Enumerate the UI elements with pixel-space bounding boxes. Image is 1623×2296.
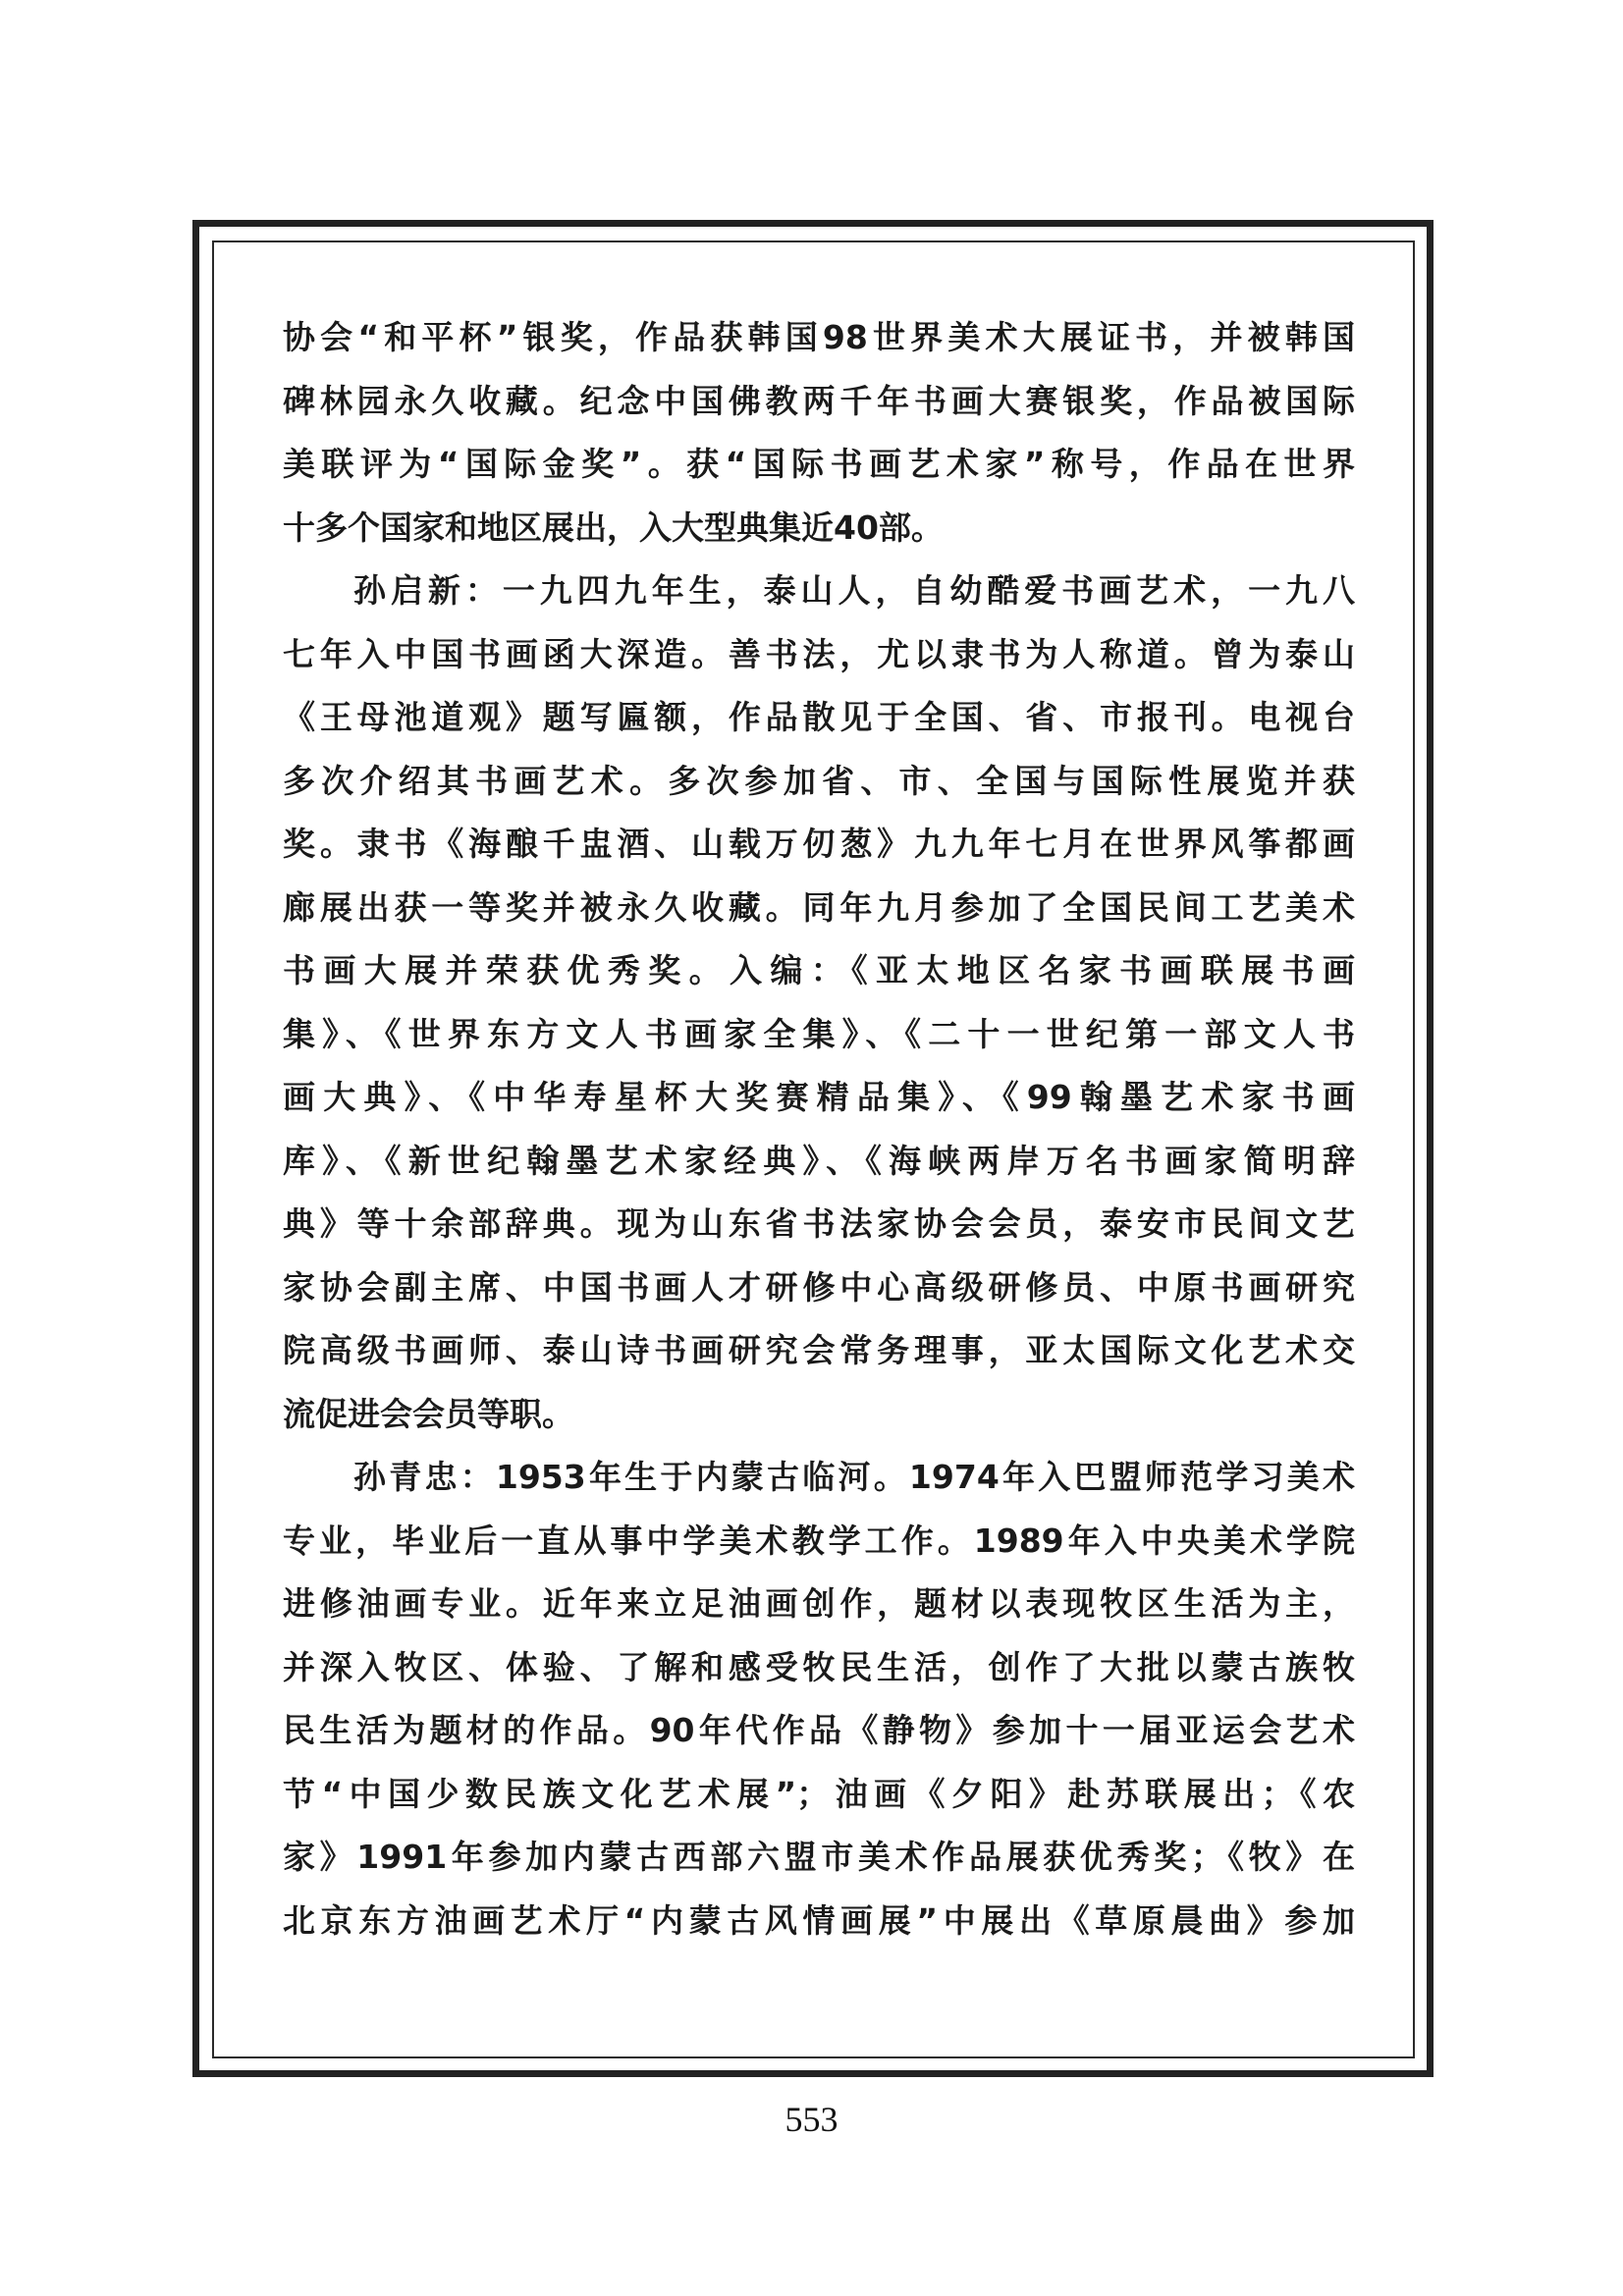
paragraph-sun-qixin: 孙启新：一九四九年生，泰山人，自幼酷爱书画艺术，一九八 七年入中国书画函大深造。…	[283, 560, 1355, 1446]
text-line: 协会“和平杯”银奖，作品获韩国98世界美术大展证书，并被韩国	[283, 306, 1355, 370]
text-line: 家》1991年参加内蒙古西部六盟市美术作品展获优秀奖；《牧》在	[283, 1826, 1355, 1890]
text-line: 并深入牧区、体验、了解和感受牧民生活，创作了大批以蒙古族牧	[283, 1636, 1355, 1700]
text-line: 七年入中国书画函大深造。善书法，尤以隶书为人称道。曾为泰山	[283, 623, 1355, 687]
text-line: 民生活为题材的作品。90年代作品《静物》参加十一届亚运会艺术	[283, 1699, 1355, 1763]
text-line: 专业，毕业后一直从事中学美术教学工作。1989年入中央美术学院	[283, 1510, 1355, 1574]
text-line: 书画大展并荣获优秀奖。入编：《亚太地区名家书画联展书画	[283, 939, 1355, 1003]
text-line: 流促进会会员等职。	[283, 1383, 1355, 1447]
text-line: 节“中国少数民族文化艺术展”；油画《夕阳》赴苏联展出；《农	[283, 1763, 1355, 1827]
text-line: 集》、《世界东方文人书画家全集》、《二十一世纪第一部文人书	[283, 1003, 1355, 1067]
paragraph-sun-qingzhong: 孙青忠：1953年生于内蒙古临河。1974年入巴盟师范学习美术 专业，毕业后一直…	[283, 1446, 1355, 1952]
text-line: 孙启新：一九四九年生，泰山人，自幼酷爱书画艺术，一九八	[283, 560, 1355, 623]
text-line: 进修油画专业。近年来立足油画创作，题材以表现牧区生活为主，	[283, 1573, 1355, 1636]
text-line: 库》、《新世纪翰墨艺术家经典》、《海峡两岸万名书画家简明辞	[283, 1130, 1355, 1194]
text-line: 画大典》、《中华寿星杯大奖赛精品集》、《99翰墨艺术家书画	[283, 1066, 1355, 1130]
text-line: 北京东方油画艺术厅“内蒙古风情画展”中展出《草原晨曲》参加	[283, 1890, 1355, 1953]
text-line: 《王母池道观》题写匾额，作品散见于全国、省、市报刊。电视台	[283, 686, 1355, 750]
text-line: 十多个国家和地区展出，入大型典集近40部。	[283, 497, 1355, 561]
text-line: 多次介绍其书画艺术。多次参加省、市、全国与国际性展览并获	[283, 750, 1355, 814]
text-line: 碑林园永久收藏。纪念中国佛教两千年书画大赛银奖，作品被国际	[283, 370, 1355, 434]
page-number: 553	[0, 2099, 1623, 2140]
text-line: 美联评为“国际金奖”。获“国际书画艺术家”称号，作品在世界	[283, 433, 1355, 497]
text-line: 院高级书画师、泰山诗书画研究会常务理事，亚太国际文化艺术交	[283, 1319, 1355, 1383]
text-line: 廊展出获一等奖并被永久收藏。同年九月参加了全国民间工艺美术	[283, 877, 1355, 940]
page-body-text: 协会“和平杯”银奖，作品获韩国98世界美术大展证书，并被韩国 碑林园永久收藏。纪…	[283, 306, 1355, 1952]
text-line: 奖。隶书《海酿千盅酒、山载万仞葱》九九年七月在世界风筝都画	[283, 813, 1355, 877]
text-line: 孙青忠：1953年生于内蒙古临河。1974年入巴盟师范学习美术	[283, 1446, 1355, 1510]
text-line: 家协会副主席、中国书画人才研修中心高级研修员、中原书画研究	[283, 1256, 1355, 1320]
paragraph-continued: 协会“和平杯”银奖，作品获韩国98世界美术大展证书，并被韩国 碑林园永久收藏。纪…	[283, 306, 1355, 560]
text-line: 典》等十余部辞典。现为山东省书法家协会会员，泰安市民间文艺	[283, 1193, 1355, 1256]
